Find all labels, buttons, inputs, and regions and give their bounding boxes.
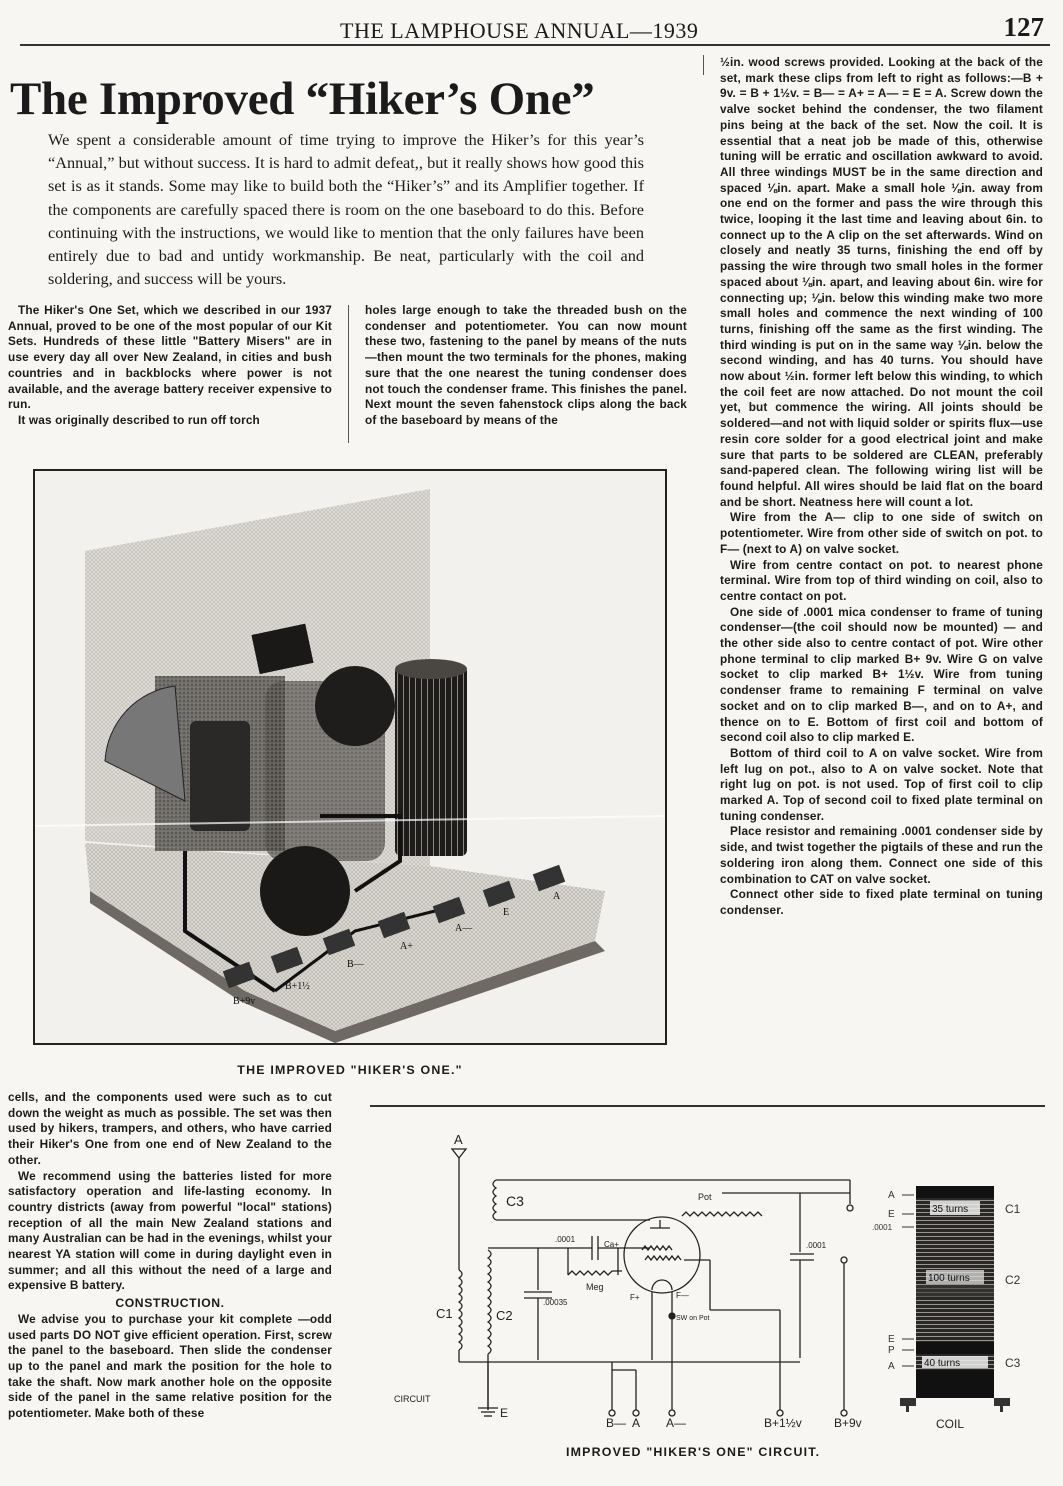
svg-text:B—: B—	[347, 959, 365, 970]
column-divider	[348, 305, 349, 443]
grid-cap-label: .0001	[555, 1235, 576, 1244]
paragraph: It was originally described to run off t…	[8, 413, 332, 429]
c2-name: C2	[1005, 1273, 1021, 1287]
ca-label: Ca+	[604, 1240, 619, 1249]
paragraph: Connect other side to fixed plate termin…	[720, 887, 1043, 918]
coil-label-p: P	[888, 1345, 895, 1356]
f-minus-label: F—	[676, 1291, 689, 1300]
c3-label: C3	[506, 1193, 524, 1209]
paragraph: cells, and the components used were such…	[8, 1090, 332, 1169]
circuit-side-label: CIRCUIT	[394, 1394, 431, 1404]
circuit-diagram: A C1 C3 Pot C2 .00035 .0001	[360, 1120, 880, 1440]
pot-label: Pot	[698, 1192, 712, 1202]
svg-text:A: A	[553, 891, 561, 902]
b-minus-label: B—	[606, 1416, 626, 1430]
svg-text:A—: A—	[455, 923, 473, 934]
column-2-top: holes large enough to take the threaded …	[365, 303, 687, 429]
c3-turns: 40 turns	[924, 1358, 960, 1369]
coil-caption: COIL	[936, 1417, 964, 1431]
clip-label: B+9v	[233, 996, 255, 1007]
aerial-label: A	[454, 1132, 463, 1147]
f-plus-label: F+	[630, 1293, 640, 1302]
article-title: The Improved “Hiker’s One”	[10, 72, 700, 126]
page-number: 127	[1004, 12, 1045, 43]
column-1-bottom: cells, and the components used were such…	[8, 1090, 332, 1422]
paragraph: ½in. wood screws provided. Looking at th…	[720, 55, 1043, 510]
c2-turns: 100 turns	[928, 1273, 970, 1284]
c3-name: C3	[1005, 1356, 1021, 1370]
paragraph: We recommend using the batteries listed …	[8, 1169, 332, 1295]
c1-name: C1	[1005, 1202, 1021, 1216]
running-header: THE LAMPHOUSE ANNUAL—1939 127	[20, 12, 1050, 46]
a-clip-label: A	[632, 1416, 640, 1430]
paragraph: Wire from centre contact on pot. to near…	[720, 558, 1043, 605]
b-plus-9-label: B+9v	[834, 1416, 862, 1430]
tuning-cap-label: .00035	[543, 1298, 568, 1307]
circuit-caption: IMPROVED "HIKER'S ONE" CIRCUIT.	[566, 1445, 820, 1459]
paragraph: We advise you to purchase your kit compl…	[8, 1312, 332, 1422]
coil-diagram: 35 turns 100 turns 40 turns C1 C2 C3 A E…	[860, 1170, 1063, 1445]
c1-turns: 35 turns	[932, 1204, 968, 1215]
column-divider	[703, 55, 704, 75]
earth-label: E	[500, 1406, 508, 1420]
paragraph: Bottom of third coil to A on valve socke…	[720, 746, 1043, 825]
svg-text:B+1½: B+1½	[285, 981, 310, 992]
radio-set-illustration: B+9v B+1½ B— A+ A— E A	[35, 471, 665, 1043]
article-intro: We spent a considerable amount of time t…	[48, 128, 644, 290]
b-plus-1-5-label: B+1½v	[764, 1416, 802, 1430]
coil-label-a2: A	[888, 1361, 895, 1372]
meg-label: Meg	[586, 1282, 604, 1292]
photo-caption: THE IMPROVED "HIKER'S ONE."	[180, 1063, 520, 1077]
switch-label: SW on Pot	[676, 1315, 710, 1322]
paragraph: Wire from the A— clip to one side of swi…	[720, 510, 1043, 557]
coil-label-e: E	[888, 1209, 895, 1220]
paragraph: One side of .0001 mica condenser to fram…	[720, 605, 1043, 746]
c2-label: C2	[496, 1308, 513, 1323]
column-1-top: The Hiker's One Set, which we described …	[8, 303, 332, 429]
running-title: THE LAMPHOUSE ANNUAL—1939	[340, 18, 698, 44]
a-minus-label: A—	[666, 1416, 686, 1430]
svg-text:A+: A+	[400, 941, 413, 952]
section-rule	[370, 1105, 1045, 1107]
paragraph: Place resistor and remaining .0001 conde…	[720, 824, 1043, 887]
phones-cap-label: .0001	[806, 1241, 827, 1250]
coil-label-cap: .0001	[872, 1223, 893, 1232]
construction-heading: CONSTRUCTION.	[8, 1296, 332, 1312]
paragraph: The Hiker's One Set, which we described …	[8, 303, 332, 413]
c1-label: C1	[436, 1306, 453, 1321]
svg-text:E: E	[503, 907, 509, 918]
paragraph: holes large enough to take the threaded …	[365, 303, 687, 429]
coil-label-a: A	[888, 1190, 895, 1201]
column-3: ½in. wood screws provided. Looking at th…	[720, 55, 1043, 919]
coil-label-e2: E	[888, 1334, 895, 1345]
radio-set-photo: B+9v B+1½ B— A+ A— E A	[33, 469, 667, 1045]
